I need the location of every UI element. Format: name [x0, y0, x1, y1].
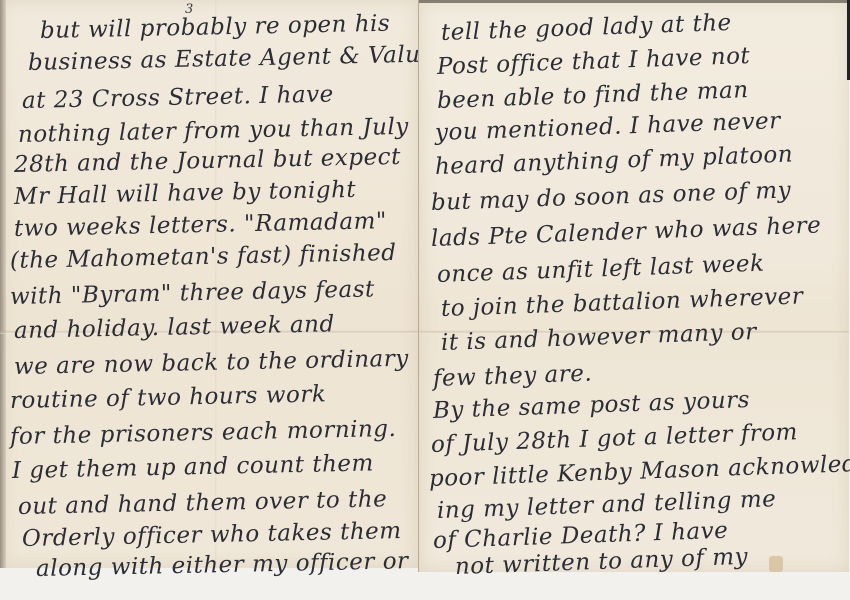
text-line: been able to find the man — [437, 77, 749, 114]
text-line: of July 28th I got a letter from — [431, 419, 799, 458]
text-line: business as Estate Agent & Valuer — [28, 41, 447, 76]
text-line: By the same post as yours — [433, 387, 751, 424]
text-line: poor little Kenby Mason acknowledg — [429, 451, 850, 492]
text-line: lads Pte Calender who was here — [431, 212, 822, 252]
paper-stain — [769, 556, 783, 572]
text-line: 28th and the Journal but expect — [14, 144, 401, 178]
page-edge — [0, 0, 6, 568]
text-line: few they are. — [433, 360, 593, 392]
text-line: two weeks letters. "Ramadam" — [14, 208, 387, 242]
text-line: nothing later from you than July — [18, 114, 409, 148]
text-line: tell the good lady at the — [441, 10, 733, 46]
text-line: along with either my officer or — [36, 548, 409, 582]
text-line: we are now back to the ordinary — [14, 346, 409, 380]
text-line: (the Mahometan's fast) finished — [10, 240, 397, 274]
text-line: to join the battalion wherever — [441, 283, 804, 322]
text-line: at 23 Cross Street. I have — [22, 81, 334, 114]
text-line: once as unfit left last week — [437, 251, 765, 288]
text-line: but will probably re open his — [40, 11, 391, 44]
text-line: it is and however many or — [441, 319, 758, 356]
text-line: out and hand them over to the — [18, 486, 388, 520]
text-line: I get them up and count them — [12, 450, 374, 484]
text-line: for the prisoners each morning. — [10, 416, 397, 450]
right-page: tell the good lady at the Post office th… — [418, 0, 849, 572]
text-line: heard anything of my platoon — [435, 142, 794, 180]
text-line: you mentioned. I have never — [435, 108, 781, 146]
letter-scan: 3 but will probably re open his business… — [0, 0, 850, 600]
left-page: 3 but will probably re open his business… — [0, 0, 419, 568]
text-line: routine of two hours work — [10, 381, 327, 414]
text-line: with "Byram" three days feast — [10, 276, 375, 310]
text-line: Orderly officer who takes them — [22, 518, 402, 552]
text-line: and holiday. last week and — [14, 311, 335, 344]
text-line: but may do soon as one of my — [431, 177, 792, 216]
text-line: Mr Hall will have by tonight — [14, 177, 357, 210]
text-line: Post office that I have not — [437, 43, 751, 80]
